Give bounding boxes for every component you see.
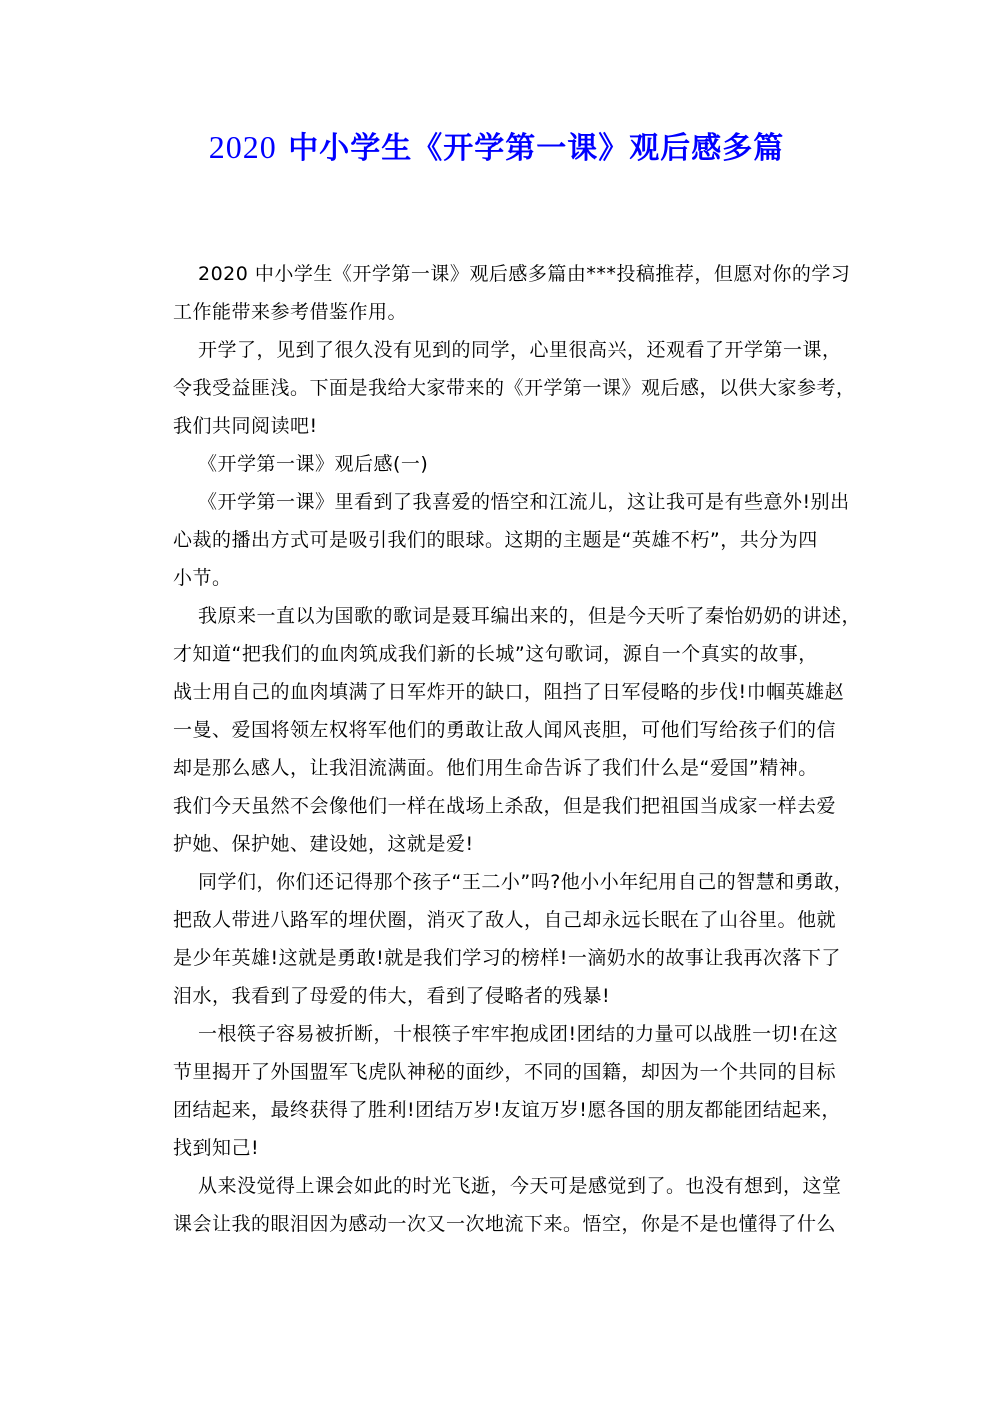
text-line: 是少年英雄!这就是勇敢!就是我们学习的榜样!一滴奶水的故事让我再次落下了: [148, 939, 838, 977]
title-text: 中小学生《开学第一课》观后感多篇: [288, 131, 784, 166]
paragraph-1: 《开学第一课》里看到了我喜爱的悟空和江流儿，这让我可是有些意外!别出 心裁的播出…: [148, 483, 838, 597]
text-line: 我们今天虽然不会像他们一样在战场上杀敌，但是我们把祖国当成家一样去爱: [148, 787, 838, 825]
text-line: 才知道“把我们的血肉筑成我们新的长城”这句歌词，源自一个真实的故事，: [148, 635, 838, 673]
text-line: 团结起来，最终获得了胜利!团结万岁!友谊万岁!愿各国的朋友都能团结起来，: [148, 1091, 838, 1129]
text-line: 我原来一直以为国歌的歌词是聂耳编出来的，但是今天听了秦怡奶奶的讲述，: [148, 597, 838, 635]
text-line: 小节。: [148, 559, 838, 597]
text-line: 泪水，我看到了母爱的伟大，看到了侵略者的残暴!: [148, 977, 838, 1015]
paragraph-opening: 开学了，见到了很久没有见到的同学，心里很高兴，还观看了开学第一课， 令我受益匪浅…: [148, 331, 838, 445]
paragraph-4: 一根筷子容易被折断，十根筷子牢牢抱成团!团结的力量可以战胜一切!在这 节里揭开了…: [148, 1015, 838, 1167]
text-line: 我们共同阅读吧!: [148, 407, 838, 445]
document-body: 2020 中小学生《开学第一课》观后感多篇由***投稿推荐，但愿对你的学习 工作…: [148, 255, 838, 1243]
document-page: 2020 中小学生《开学第一课》观后感多篇 2020 中小学生《开学第一课》观后…: [0, 0, 993, 1404]
text-line: 工作能带来参考借鉴作用。: [148, 293, 838, 331]
text-line: 从来没觉得上课会如此的时光飞逝，今天可是感觉到了。也没有想到，这堂: [148, 1167, 838, 1205]
document-title: 2020 中小学生《开学第一课》观后感多篇: [0, 127, 993, 169]
text-line: 课会让我的眼泪因为感动一次又一次地流下来。悟空，你是不是也懂得了什么: [148, 1205, 838, 1243]
text-line: 同学们，你们还记得那个孩子“王二小”吗?他小小年纪用自己的智慧和勇敢，: [148, 863, 838, 901]
text-line: 《开学第一课》里看到了我喜爱的悟空和江流儿，这让我可是有些意外!别出: [148, 483, 838, 521]
text-line: 找到知己!: [148, 1129, 838, 1167]
text-line: 把敌人带进八路军的埋伏圈，消灭了敌人，自己却永远长眠在了山谷里。他就: [148, 901, 838, 939]
text-line: 2020 中小学生《开学第一课》观后感多篇由***投稿推荐，但愿对你的学习: [148, 255, 838, 293]
text-line: 令我受益匪浅。下面是我给大家带来的《开学第一课》观后感，以供大家参考，: [148, 369, 838, 407]
text-line: 一根筷子容易被折断，十根筷子牢牢抱成团!团结的力量可以战胜一切!在这: [148, 1015, 838, 1053]
paragraph-2: 我原来一直以为国歌的歌词是聂耳编出来的，但是今天听了秦怡奶奶的讲述， 才知道“把…: [148, 597, 838, 863]
paragraph-5: 从来没觉得上课会如此的时光飞逝，今天可是感觉到了。也没有想到，这堂 课会让我的眼…: [148, 1167, 838, 1243]
text-line: 护她、保护她、建设她，这就是爱!: [148, 825, 838, 863]
title-year: 2020: [209, 129, 277, 165]
section-heading: 《开学第一课》观后感(一): [148, 445, 838, 483]
text-line: 节里揭开了外国盟军飞虎队神秘的面纱，不同的国籍，却因为一个共同的目标: [148, 1053, 838, 1091]
paragraph-3: 同学们，你们还记得那个孩子“王二小”吗?他小小年纪用自己的智慧和勇敢， 把敌人带…: [148, 863, 838, 1015]
text-line: 一曼、爱国将领左权将军他们的勇敢让敌人闻风丧胆，可他们写给孩子们的信: [148, 711, 838, 749]
text-line: 战士用自己的血肉填满了日军炸开的缺口，阻挡了日军侵略的步伐!巾帼英雄赵: [148, 673, 838, 711]
text-line: 《开学第一课》观后感(一): [148, 445, 838, 483]
text-line: 心裁的播出方式可是吸引我们的眼球。这期的主题是“英雄不朽”，共分为四: [148, 521, 838, 559]
text-line: 却是那么感人，让我泪流满面。他们用生命告诉了我们什么是“爱国”精神。: [148, 749, 838, 787]
text-line: 开学了，见到了很久没有见到的同学，心里很高兴，还观看了开学第一课，: [148, 331, 838, 369]
paragraph-intro: 2020 中小学生《开学第一课》观后感多篇由***投稿推荐，但愿对你的学习 工作…: [148, 255, 838, 331]
